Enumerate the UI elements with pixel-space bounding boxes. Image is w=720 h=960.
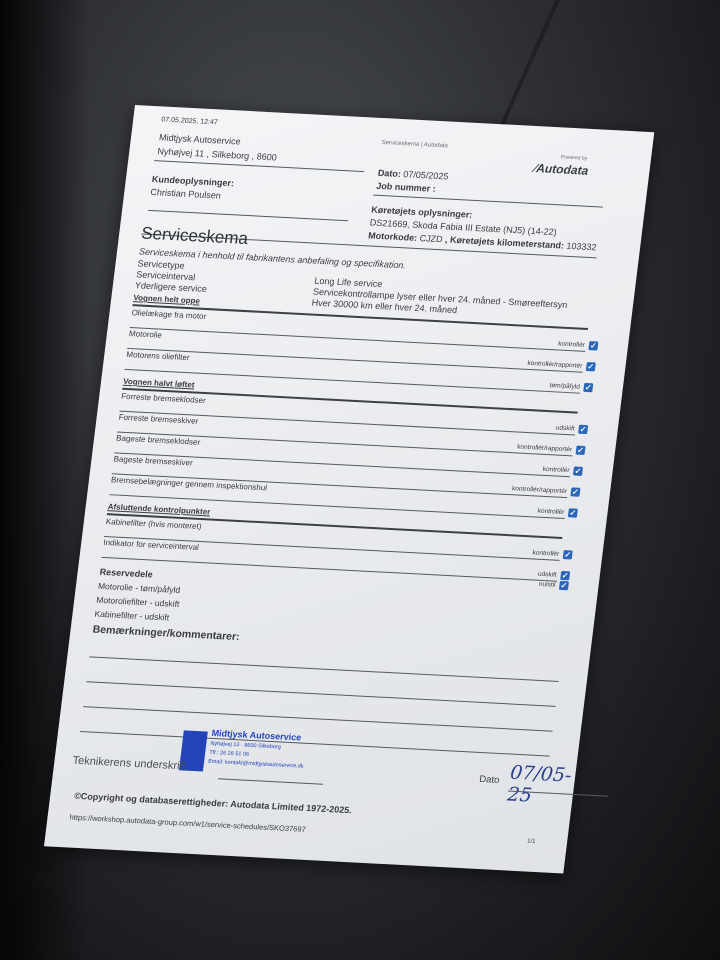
autodata-logo-text: Autodata (535, 161, 589, 178)
print-timestamp: 07.05.2025, 12:47 (161, 116, 218, 126)
checkbox-checked-icon[interactable]: ✓ (576, 446, 586, 455)
engine-code: CJZD (419, 233, 443, 244)
action-label: kontrollér/rapportér (512, 485, 568, 495)
checkbox-checked-icon[interactable]: ✓ (560, 571, 570, 580)
checkbox-checked-icon[interactable]: ✓ (578, 425, 588, 434)
print-header: Serviceskema | Autodata (381, 140, 448, 149)
action-label: kontrollér (542, 466, 570, 474)
action-label: kontrollér/rapportér (527, 360, 583, 370)
job-number: Job nummer : (376, 181, 437, 194)
customer-label: Kundeoplysninger: (151, 174, 234, 188)
action-label: kontrollér/rapportér (517, 443, 573, 453)
row-divider (102, 557, 557, 582)
action-label: kontrollér (532, 549, 560, 557)
checkbox-checked-icon[interactable]: ✓ (588, 341, 598, 350)
parts-item: Motoroliefilter - udskift (96, 595, 180, 609)
page-title: Serviceskema (140, 224, 249, 249)
row-divider (130, 327, 585, 352)
checklist-item-label: Motorens oliefilter (126, 350, 190, 362)
date-value: 07/05/2025 (403, 169, 449, 181)
remarks-line[interactable] (83, 706, 552, 732)
mileage-value: 103332 (566, 241, 597, 253)
stamp-phone: Tlf.: 26 26 51 06 (209, 750, 249, 758)
divider (154, 160, 364, 172)
signature-date-label: Dato (479, 774, 500, 786)
checklist-item-label: Forreste bremseklodser (121, 392, 206, 405)
checkbox-checked-icon[interactable]: ✓ (568, 508, 578, 517)
engine-label: Motorkode: (368, 230, 418, 243)
technician-signature-label: Teknikerens underskrift (72, 755, 186, 773)
source-url: https://workshop.autodata-group.com/w1/s… (69, 813, 306, 834)
action-label: udskift (555, 424, 575, 432)
checklist-item-action: nulstil✓ (538, 580, 569, 591)
mileage-label: Køretøjets kilometerstand: (450, 235, 565, 251)
parts-item: Motorolie - tøm/påfyld (97, 581, 180, 595)
workshop-stamp: Midtjysk Autoservice Nyhøjvej 13 · 8600 … (178, 726, 344, 782)
action-label: kontrollér (537, 508, 565, 516)
row-divider (127, 348, 582, 373)
checklist-item-action: udskift✓ (555, 423, 588, 434)
checkbox-checked-icon[interactable]: ✓ (570, 487, 580, 496)
date-line: Dato: 07/05/2025 (377, 168, 449, 182)
service-info-label: Yderligere service (134, 280, 207, 294)
remarks-label: Bemærkninger/kommentarer: (92, 624, 240, 644)
stamp-email: Email: kontakt@midtjyskautoservice.dk (208, 759, 304, 770)
checklist-item-action: udskift✓ (537, 570, 570, 581)
service-schedule-sheet: 07.05.2025, 12:47 Serviceskema | Autodat… (44, 105, 654, 873)
parts-item: Kabinefilter - udskift (94, 609, 170, 623)
checkbox-checked-icon[interactable]: ✓ (583, 383, 593, 392)
stamp-name: Midtjysk Autoservice (211, 728, 302, 743)
page-number: 1/1 (527, 839, 536, 845)
checklist-item-label: Motorolie (129, 329, 163, 340)
checkbox-checked-icon[interactable]: ✓ (586, 362, 596, 371)
customer-name: Christian Poulsen (150, 187, 222, 201)
workshop-address: Nyhøjvej 11 , Silkeborg , 8600 (157, 146, 277, 162)
handwritten-date: 07/05-25 (506, 762, 576, 809)
action-label: tøm/påfyld (549, 382, 580, 391)
action-label: kontrollér (558, 340, 586, 348)
parts-title: Reservedele (99, 567, 153, 580)
checkbox-checked-icon[interactable]: ✓ (573, 466, 583, 475)
checkbox-checked-icon[interactable]: ✓ (559, 581, 569, 590)
checklist-item-label: Olielækage fra motor (131, 308, 207, 321)
date-label: Dato: (377, 168, 401, 179)
checkbox-checked-icon[interactable]: ✓ (563, 550, 573, 559)
remarks-line[interactable] (86, 681, 555, 707)
workshop-name: Midtjysk Autoservice (159, 132, 242, 146)
vehicle-engine-mileage: Motorkode: CJZD , Køretøjets kilometerst… (368, 230, 598, 252)
copyright-text: ©Copyright og databaserettigheder: Autod… (74, 791, 353, 815)
action-label: nulstil (538, 581, 555, 589)
action-label: udskift (537, 571, 557, 579)
powered-by-label: Powered by (560, 154, 587, 161)
stamp-address: Nyhøjvej 13 · 8600 Silkeborg (210, 741, 281, 751)
remarks-line[interactable] (89, 656, 558, 682)
divider (148, 210, 348, 221)
autodata-logo: ⁄Autodata (533, 161, 589, 178)
